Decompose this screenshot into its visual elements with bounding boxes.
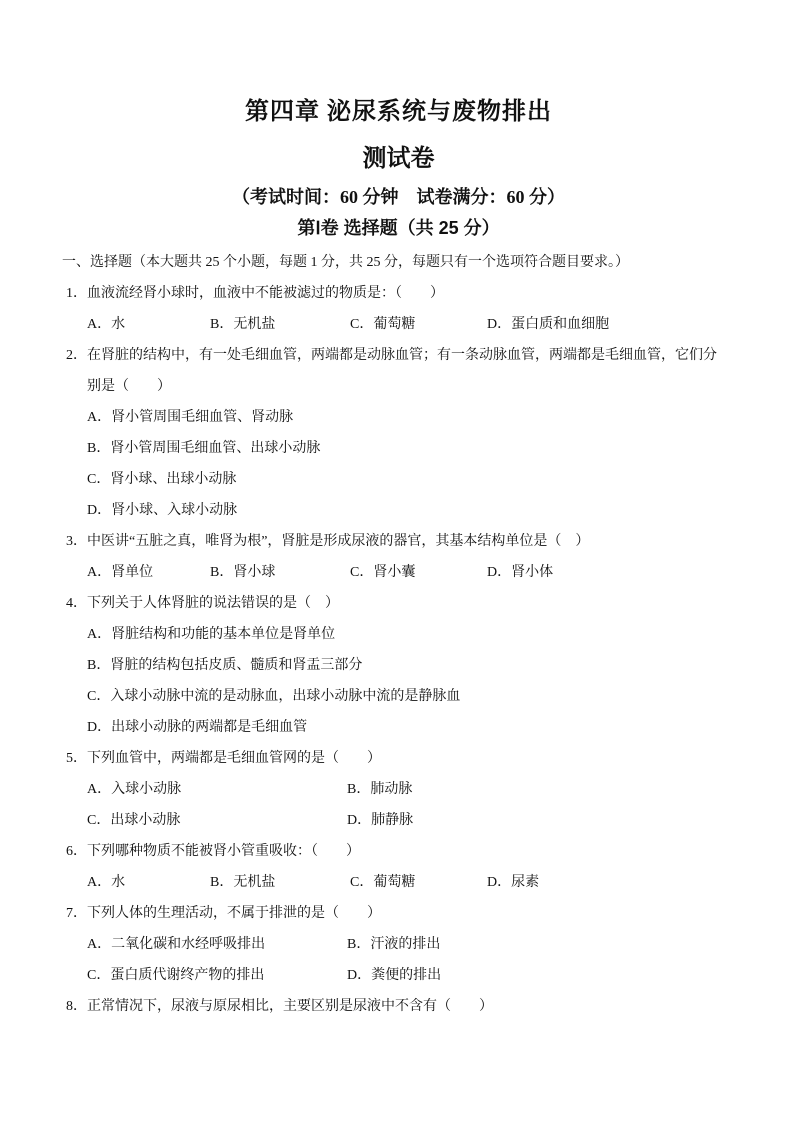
question-number: 2． [66,340,87,371]
option-text: 水 [111,317,125,332]
option-text: 肾小管周围毛细血管、肾动脉 [111,410,293,425]
exam-info: （考试时间：60 分钟 试卷满分：60 分） [62,184,735,210]
options-row: A．入球小动脉B．肺动脉 [66,774,735,805]
options-row: A．肾小管周围毛细血管、肾动脉 [66,402,735,433]
question-stem-row: 5．下列血管中，两端都是毛细血管网的是（ ） [66,743,735,774]
option-item: A．肾单位 [87,557,210,588]
question-stem: 在肾脏的结构中，有一处毛细血管，两端都是动脉血管；有一条动脉血管，两端都是毛细血… [87,340,735,402]
option-text: 出球小动脉 [110,813,180,828]
question-block: 6．下列哪种物质不能被肾小管重吸收：（ ）A．水B．无机盐C．葡萄糖D．尿素 [62,836,735,898]
question-stem-row: 3．中医讲“五脏之真，唯肾为根”，肾脏是形成尿液的器官，其基本结构单位是（ ） [66,526,735,557]
option-item: B．肾脏的结构包括皮质、髓质和肾盂三部分 [87,650,735,681]
option-label: D． [347,968,371,983]
options-row: C．入球小动脉中流的是动脉血，出球小动脉中流的是静脉血 [66,681,735,712]
question-stem-row: 8．正常情况下，尿液与原尿相比，主要区别是尿液中不含有（ ） [66,991,735,1022]
options-row: B．肾脏的结构包括皮质、髓质和肾盂三部分 [66,650,735,681]
part-title: 第Ⅰ卷 选择题（共 25 分） [62,215,735,241]
question-block: 5．下列血管中，两端都是毛细血管网的是（ ）A．入球小动脉B．肺动脉C．出球小动… [62,743,735,836]
option-label: B． [210,875,233,890]
option-label: A． [87,565,111,580]
option-label: A． [87,937,111,952]
options-row: C．肾小球、出球小动脉 [66,464,735,495]
question-stem: 下列人体的生理活动，不属于排泄的是（ ） [87,898,735,929]
options-row: B．肾小管周围毛细血管、出球小动脉 [66,433,735,464]
option-text: 葡萄糖 [373,875,415,890]
option-item: D．蛋白质和血细胞 [487,309,735,340]
options-row: C．蛋白质代谢终产物的排出D．粪便的排出 [66,960,735,991]
question-stem: 下列血管中，两端都是毛细血管网的是（ ） [87,743,735,774]
option-item: D．肺静脉 [347,805,735,836]
question-stem: 中医讲“五脏之真，唯肾为根”，肾脏是形成尿液的器官，其基本结构单位是（ ） [87,526,735,557]
option-item: D．尿素 [487,867,735,898]
option-text: 肾脏结构和功能的基本单位是肾单位 [111,627,335,642]
option-item: A．肾脏结构和功能的基本单位是肾单位 [87,619,735,650]
option-label: C． [350,317,373,332]
question-stem-row: 2．在肾脏的结构中，有一处毛细血管，两端都是动脉血管；有一条动脉血管，两端都是毛… [66,340,735,402]
option-label: B． [347,782,370,797]
options-row: A．水B．无机盐C．葡萄糖D．蛋白质和血细胞 [66,309,735,340]
question-block: 1．血液流经肾小球时，血液中不能被滤过的物质是：（ ）A．水B．无机盐C．葡萄糖… [62,278,735,340]
option-item: C．蛋白质代谢终产物的排出 [87,960,347,991]
option-label: D． [487,565,511,580]
option-text: 肾小球、出球小动脉 [110,472,236,487]
options-row: A．肾脏结构和功能的基本单位是肾单位 [66,619,735,650]
options-row: A．水B．无机盐C．葡萄糖D．尿素 [66,867,735,898]
option-text: 肾小囊 [373,565,415,580]
option-label: B． [87,441,110,456]
option-text: 二氧化碳和水经呼吸排出 [111,937,265,952]
option-text: 肾小管周围毛细血管、出球小动脉 [110,441,320,456]
question-stem: 下列关于人体肾脏的说法错误的是（ ） [87,588,735,619]
questions-section: 一、选择题（本大题共 25 个小题，每题 1 分，共 25 分，每题只有一个选项… [62,247,735,1022]
question-number: 3． [66,526,87,557]
option-text: 汗液的排出 [370,937,440,952]
section-instruction: 一、选择题（本大题共 25 个小题，每题 1 分，共 25 分，每题只有一个选项… [62,247,735,278]
option-item: D．肾小球、入球小动脉 [87,495,735,526]
question-block: 8．正常情况下，尿液与原尿相比，主要区别是尿液中不含有（ ） [62,991,735,1022]
question-stem: 血液流经肾小球时，血液中不能被滤过的物质是：（ ） [87,278,735,309]
option-item: A．肾小管周围毛细血管、肾动脉 [87,402,735,433]
question-block: 4．下列关于人体肾脏的说法错误的是（ ）A．肾脏结构和功能的基本单位是肾单位B．… [62,588,735,743]
question-block: 3．中医讲“五脏之真，唯肾为根”，肾脏是形成尿液的器官，其基本结构单位是（ ）A… [62,526,735,588]
option-text: 水 [111,875,125,890]
option-label: B． [87,658,110,673]
option-label: C． [87,472,110,487]
page-subtitle: 测试卷 [62,145,735,173]
question-stem: 下列哪种物质不能被肾小管重吸收：（ ） [87,836,735,867]
page-title: 第四章 泌尿系统与废物排出 [62,98,735,126]
option-item: A．入球小动脉 [87,774,347,805]
option-item: C．葡萄糖 [350,309,487,340]
option-text: 肾小球、入球小动脉 [111,503,237,518]
option-item: B．肾小管周围毛细血管、出球小动脉 [87,433,735,464]
option-label: A． [87,875,111,890]
question-stem-row: 1．血液流经肾小球时，血液中不能被滤过的物质是：（ ） [66,278,735,309]
option-label: C． [350,565,373,580]
question-number: 5． [66,743,87,774]
option-label: D． [87,720,111,735]
option-item: B．无机盐 [210,867,350,898]
option-item: B．肺动脉 [347,774,735,805]
question-stem-row: 6．下列哪种物质不能被肾小管重吸收：（ ） [66,836,735,867]
option-text: 无机盐 [233,875,275,890]
question-number: 6． [66,836,87,867]
option-item: C．葡萄糖 [350,867,487,898]
option-label: B． [347,937,370,952]
option-item: D．肾小体 [487,557,735,588]
questions: 1．血液流经肾小球时，血液中不能被滤过的物质是：（ ）A．水B．无机盐C．葡萄糖… [62,278,735,1022]
question-number: 8． [66,991,87,1022]
option-item: B．肾小球 [210,557,350,588]
option-text: 肾小球 [233,565,275,580]
option-label: C． [87,813,110,828]
options-row: D．肾小球、入球小动脉 [66,495,735,526]
option-text: 出球小动脉的两端都是毛细血管 [111,720,307,735]
question-block: 2．在肾脏的结构中，有一处毛细血管，两端都是动脉血管；有一条动脉血管，两端都是毛… [62,340,735,526]
question-number: 1． [66,278,87,309]
option-label: D． [487,875,511,890]
option-item: C．出球小动脉 [87,805,347,836]
option-label: A． [87,317,111,332]
option-item: A．水 [87,867,210,898]
option-label: B． [210,317,233,332]
option-text: 入球小动脉中流的是动脉血，出球小动脉中流的是静脉血 [110,689,460,704]
options-row: D．出球小动脉的两端都是毛细血管 [66,712,735,743]
option-label: A． [87,782,111,797]
document-page: 第四章 泌尿系统与废物排出 测试卷 （考试时间：60 分钟 试卷满分：60 分）… [0,0,793,1122]
options-row: C．出球小动脉D．肺静脉 [66,805,735,836]
option-label: C． [87,968,110,983]
option-item: A．水 [87,309,210,340]
option-label: D． [347,813,371,828]
option-text: 肺静脉 [371,813,413,828]
option-label: C． [87,689,110,704]
option-item: C．入球小动脉中流的是动脉血，出球小动脉中流的是静脉血 [87,681,735,712]
option-label: A． [87,410,111,425]
option-item: D．粪便的排出 [347,960,735,991]
option-text: 肾小体 [511,565,553,580]
option-label: C． [350,875,373,890]
option-label: A． [87,627,111,642]
question-stem-row: 7．下列人体的生理活动，不属于排泄的是（ ） [66,898,735,929]
option-text: 尿素 [511,875,539,890]
question-block: 7．下列人体的生理活动，不属于排泄的是（ ）A．二氧化碳和水经呼吸排出B．汗液的… [62,898,735,991]
option-text: 粪便的排出 [371,968,441,983]
option-text: 入球小动脉 [111,782,181,797]
question-number: 7． [66,898,87,929]
option-text: 葡萄糖 [373,317,415,332]
page-content: 第四章 泌尿系统与废物排出 测试卷 （考试时间：60 分钟 试卷满分：60 分）… [0,98,793,1022]
option-text: 肺动脉 [370,782,412,797]
option-text: 无机盐 [233,317,275,332]
option-item: C．肾小球、出球小动脉 [87,464,735,495]
question-stem-row: 4．下列关于人体肾脏的说法错误的是（ ） [66,588,735,619]
option-item: B．汗液的排出 [347,929,735,960]
options-row: A．二氧化碳和水经呼吸排出B．汗液的排出 [66,929,735,960]
option-label: B． [210,565,233,580]
question-stem: 正常情况下，尿液与原尿相比，主要区别是尿液中不含有（ ） [87,991,735,1022]
option-item: B．无机盐 [210,309,350,340]
options-row: A．肾单位B．肾小球C．肾小囊D．肾小体 [66,557,735,588]
option-text: 肾脏的结构包括皮质、髓质和肾盂三部分 [110,658,362,673]
option-text: 肾单位 [111,565,153,580]
option-label: D． [87,503,111,518]
option-item: D．出球小动脉的两端都是毛细血管 [87,712,735,743]
option-item: A．二氧化碳和水经呼吸排出 [87,929,347,960]
option-label: D． [487,317,511,332]
option-text: 蛋白质代谢终产物的排出 [110,968,264,983]
question-number: 4． [66,588,87,619]
option-item: C．肾小囊 [350,557,487,588]
option-text: 蛋白质和血细胞 [511,317,609,332]
